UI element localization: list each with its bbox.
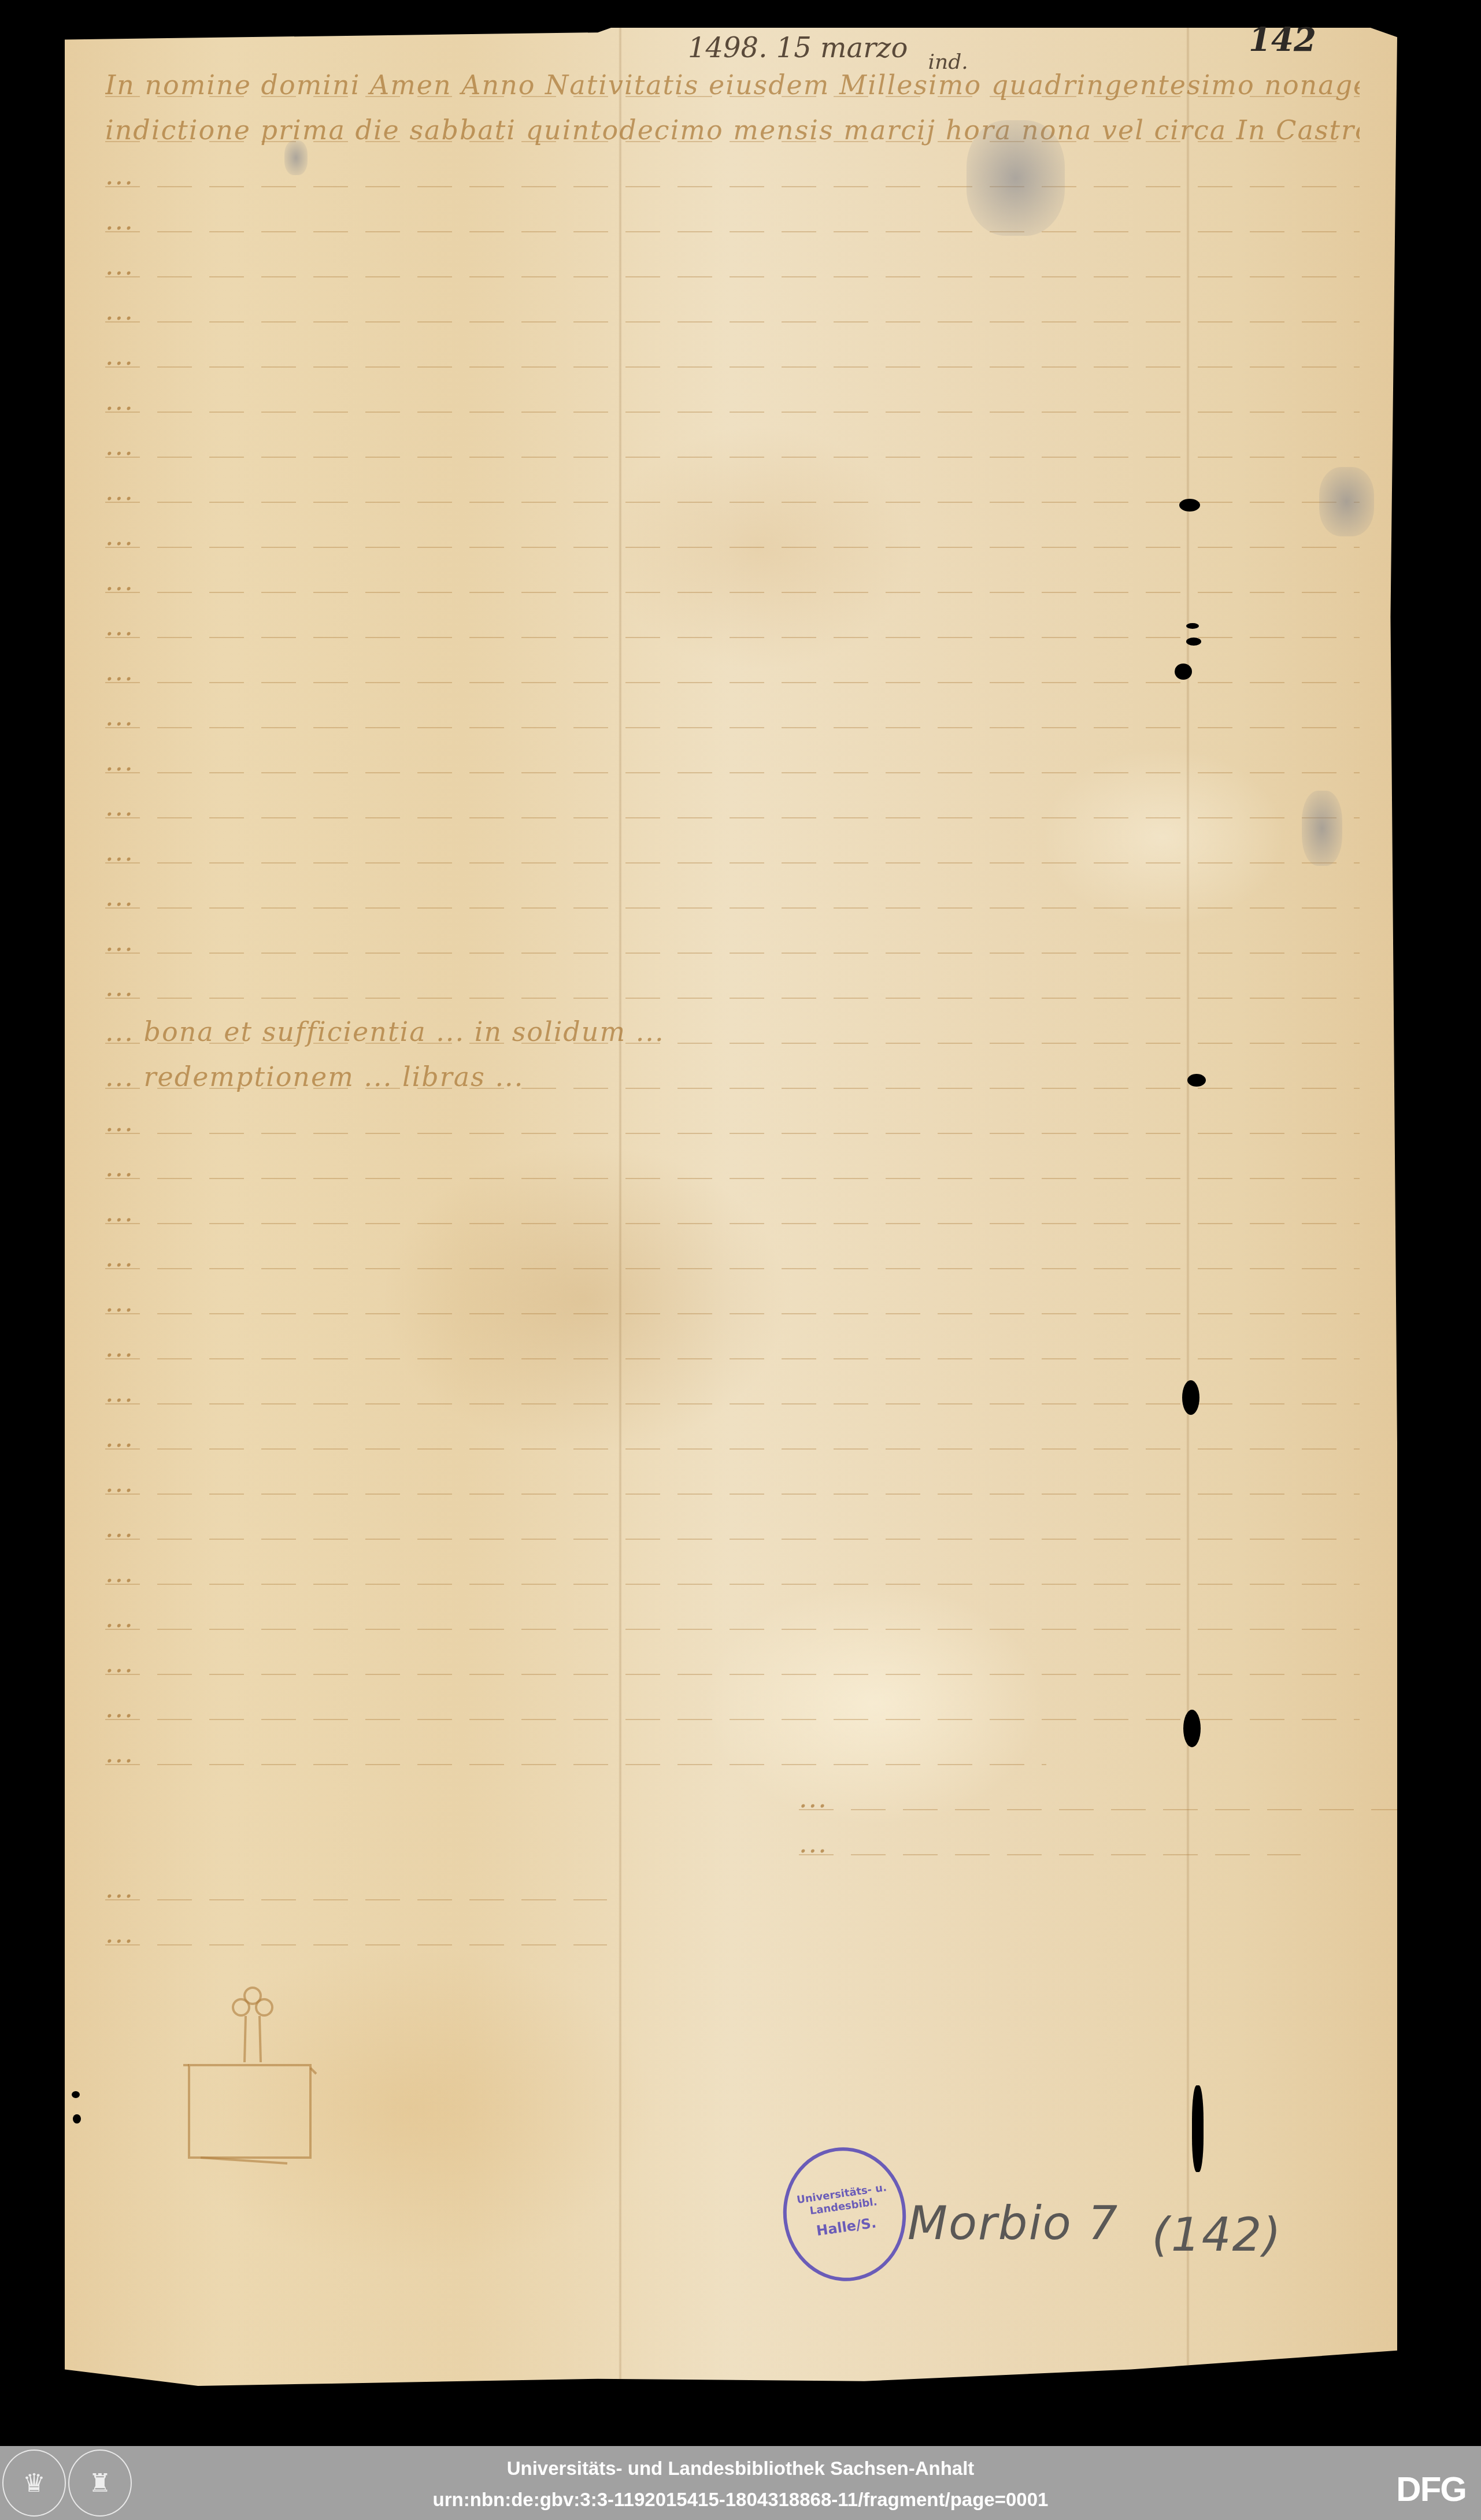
date-note: 1498. 15 marzo [688, 32, 908, 64]
dfg-logo: DFG [1396, 2469, 1466, 2509]
date-annotation: 1498. 15 marzo ind. [688, 32, 968, 64]
hole [1183, 1710, 1201, 1747]
shelfmark-label: Morbio 7 [908, 2196, 1119, 2250]
text-line: ... [799, 1821, 1301, 1866]
image-viewer: In nomine domini Amen Anno Nativitatis e… [0, 0, 1481, 2446]
text-line: ... [105, 1370, 1360, 1415]
text-line: ... [105, 513, 1360, 558]
text-line: ... [105, 1595, 1360, 1640]
text-line: ... bona et sufficientia ... in solidum … [105, 1009, 1360, 1054]
text-line: ... [105, 784, 1360, 829]
institution-name: Universitäts- und Landesbibliothek Sachs… [0, 2458, 1481, 2480]
urn-identifier: urn:nbn:de:gbv:3:3-1192015415-1804318868… [0, 2489, 1481, 2511]
text-line: ... [105, 1685, 1360, 1730]
hole [1179, 499, 1200, 512]
stain [284, 140, 308, 175]
text-line: ... [105, 288, 1360, 333]
text-line: ... [105, 694, 1360, 739]
parchment-document: In nomine domini Amen Anno Nativitatis e… [65, 28, 1397, 2386]
stamp-city: Halle/S. [816, 2215, 878, 2239]
text-line: ... [105, 1640, 1360, 1685]
text-line: ... [105, 468, 1360, 513]
shelfmark-number: (142) [1152, 2208, 1282, 2262]
text-line: ... [105, 1415, 1360, 1460]
stain [1319, 467, 1374, 536]
stain [967, 120, 1065, 236]
stamp-ring-text: Universitäts- u. Landesbibl. [784, 2180, 902, 2221]
hole [1175, 664, 1192, 680]
text-line: ... [105, 964, 1360, 1009]
text-line: ... [105, 243, 1360, 288]
text-line: ... [105, 1189, 1360, 1235]
text-line: ... [105, 829, 1360, 874]
text-line: ... [105, 558, 1360, 603]
text-line: ... [105, 333, 1360, 378]
text-line: ... redemptionem ... libras ... [105, 1054, 1360, 1099]
text-line: ... [105, 648, 1360, 694]
hole [1186, 623, 1199, 629]
date-note-sub: ind. [928, 50, 968, 74]
text-line: ... [105, 1144, 1360, 1189]
text-line: ... [105, 1505, 1360, 1550]
shelfmark: Morbio 7 (142) [908, 2196, 1282, 2250]
text-line: In nomine domini Amen Anno Nativitatis e… [105, 62, 1360, 108]
footer-bar: ♛ ♜ Universitäts- und Landesbibliothek S… [0, 2446, 1481, 2520]
text-line: ... [105, 919, 1360, 964]
text-line: ... [105, 1460, 1360, 1505]
hole [1182, 1380, 1199, 1415]
notarial-signum-icon [177, 1981, 328, 2172]
text-line: ... [105, 1235, 1360, 1280]
text-line: ... [105, 1866, 607, 1911]
hole [1187, 1074, 1206, 1087]
text-line: ... [105, 874, 1360, 919]
folio-number: 142 [1249, 21, 1316, 59]
hole [1186, 638, 1201, 646]
text-line: ... [105, 198, 1360, 243]
text-line: ... [105, 1550, 1360, 1595]
hole [1192, 2085, 1204, 2172]
text-line: ... [105, 423, 1360, 468]
stain [1302, 791, 1342, 866]
text-line: ... [105, 1099, 1360, 1144]
text-line: ... [105, 1911, 607, 1956]
text-line: ... [105, 1325, 1360, 1370]
text-line: ... [799, 1776, 1481, 1821]
handwritten-text-block: In nomine domini Amen Anno Nativitatis e… [105, 62, 1360, 1956]
text-line: ... [105, 378, 1360, 423]
text-line: ... [105, 1730, 1046, 1776]
text-line: ... [105, 1280, 1360, 1325]
hole [72, 2091, 80, 2098]
text-line: ... [105, 739, 1360, 784]
hole [73, 2114, 81, 2124]
text-line: ... [105, 603, 1360, 648]
